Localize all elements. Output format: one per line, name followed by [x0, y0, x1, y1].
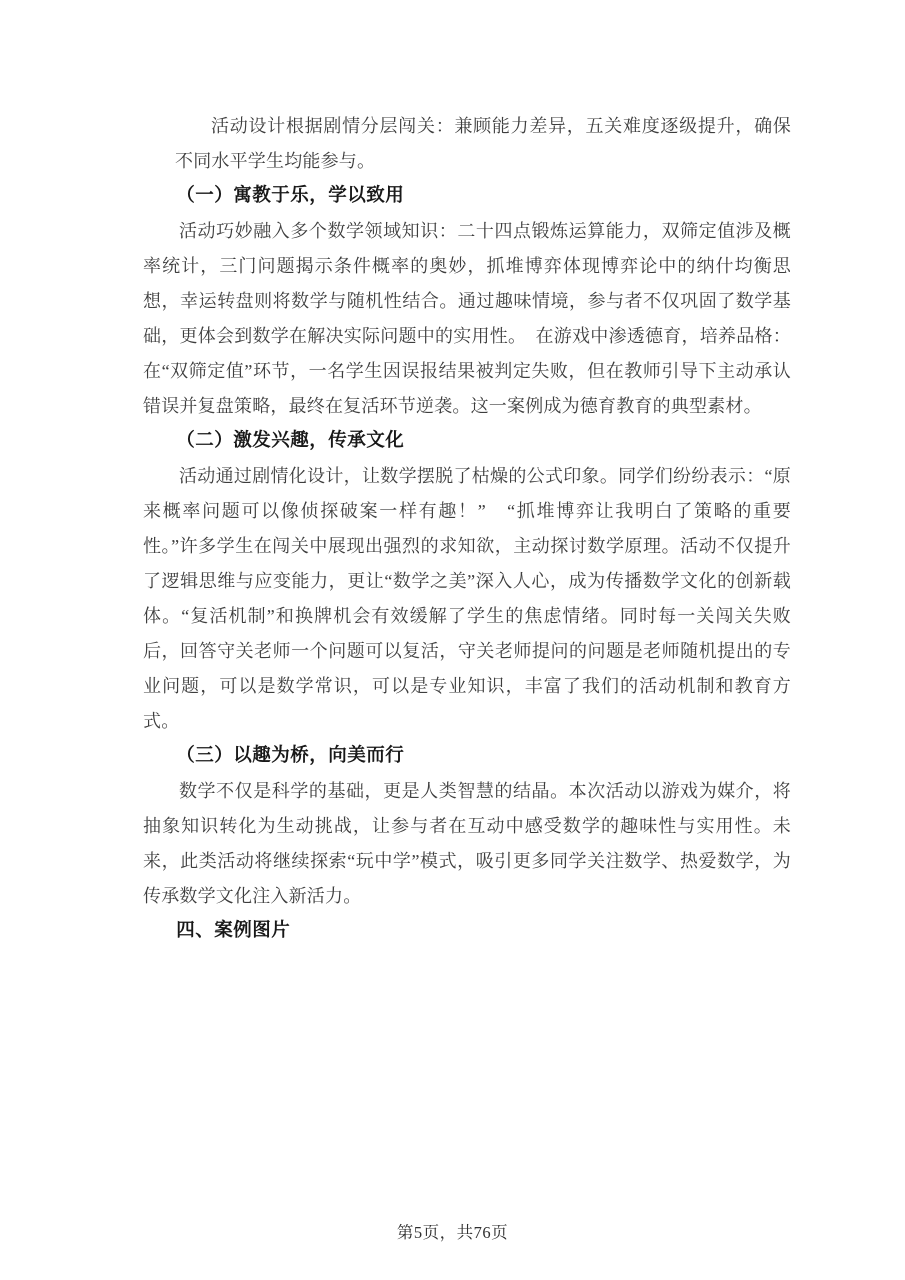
document-body: 活动设计根据剧情分层闯关：兼顾能力差异，五关难度逐级提升，确保不同水平学生均能参… [143, 109, 791, 949]
section-3-paragraph: 数学不仅是科学的基础，更是人类智慧的结晶。本次活动以游戏为媒介，将抽象知识转化为… [143, 774, 791, 914]
document-page: 活动设计根据剧情分层闯关：兼顾能力差异，五关难度逐级提升，确保不同水平学生均能参… [0, 0, 905, 1280]
page-number-footer: 第5页，共76页 [0, 1221, 905, 1245]
section-1-paragraph: 活动巧妙融入多个数学领域知识：二十四点锻炼运算能力，双筛定值涉及概率统计，三门问… [143, 214, 791, 424]
section-1-heading: （一）寓教于乐，学以致用 [143, 179, 791, 214]
section-3-heading: （三）以趣为桥，向美而行 [143, 739, 791, 774]
section-2-heading: （二）激发兴趣，传承文化 [143, 424, 791, 459]
section-4-heading: 四、案例图片 [143, 914, 791, 949]
section-2-paragraph: 活动通过剧情化设计，让数学摆脱了枯燥的公式印象。同学们纷纷表示：“原来概率问题可… [143, 459, 791, 739]
intro-paragraph: 活动设计根据剧情分层闯关：兼顾能力差异，五关难度逐级提升，确保不同水平学生均能参… [175, 109, 791, 179]
